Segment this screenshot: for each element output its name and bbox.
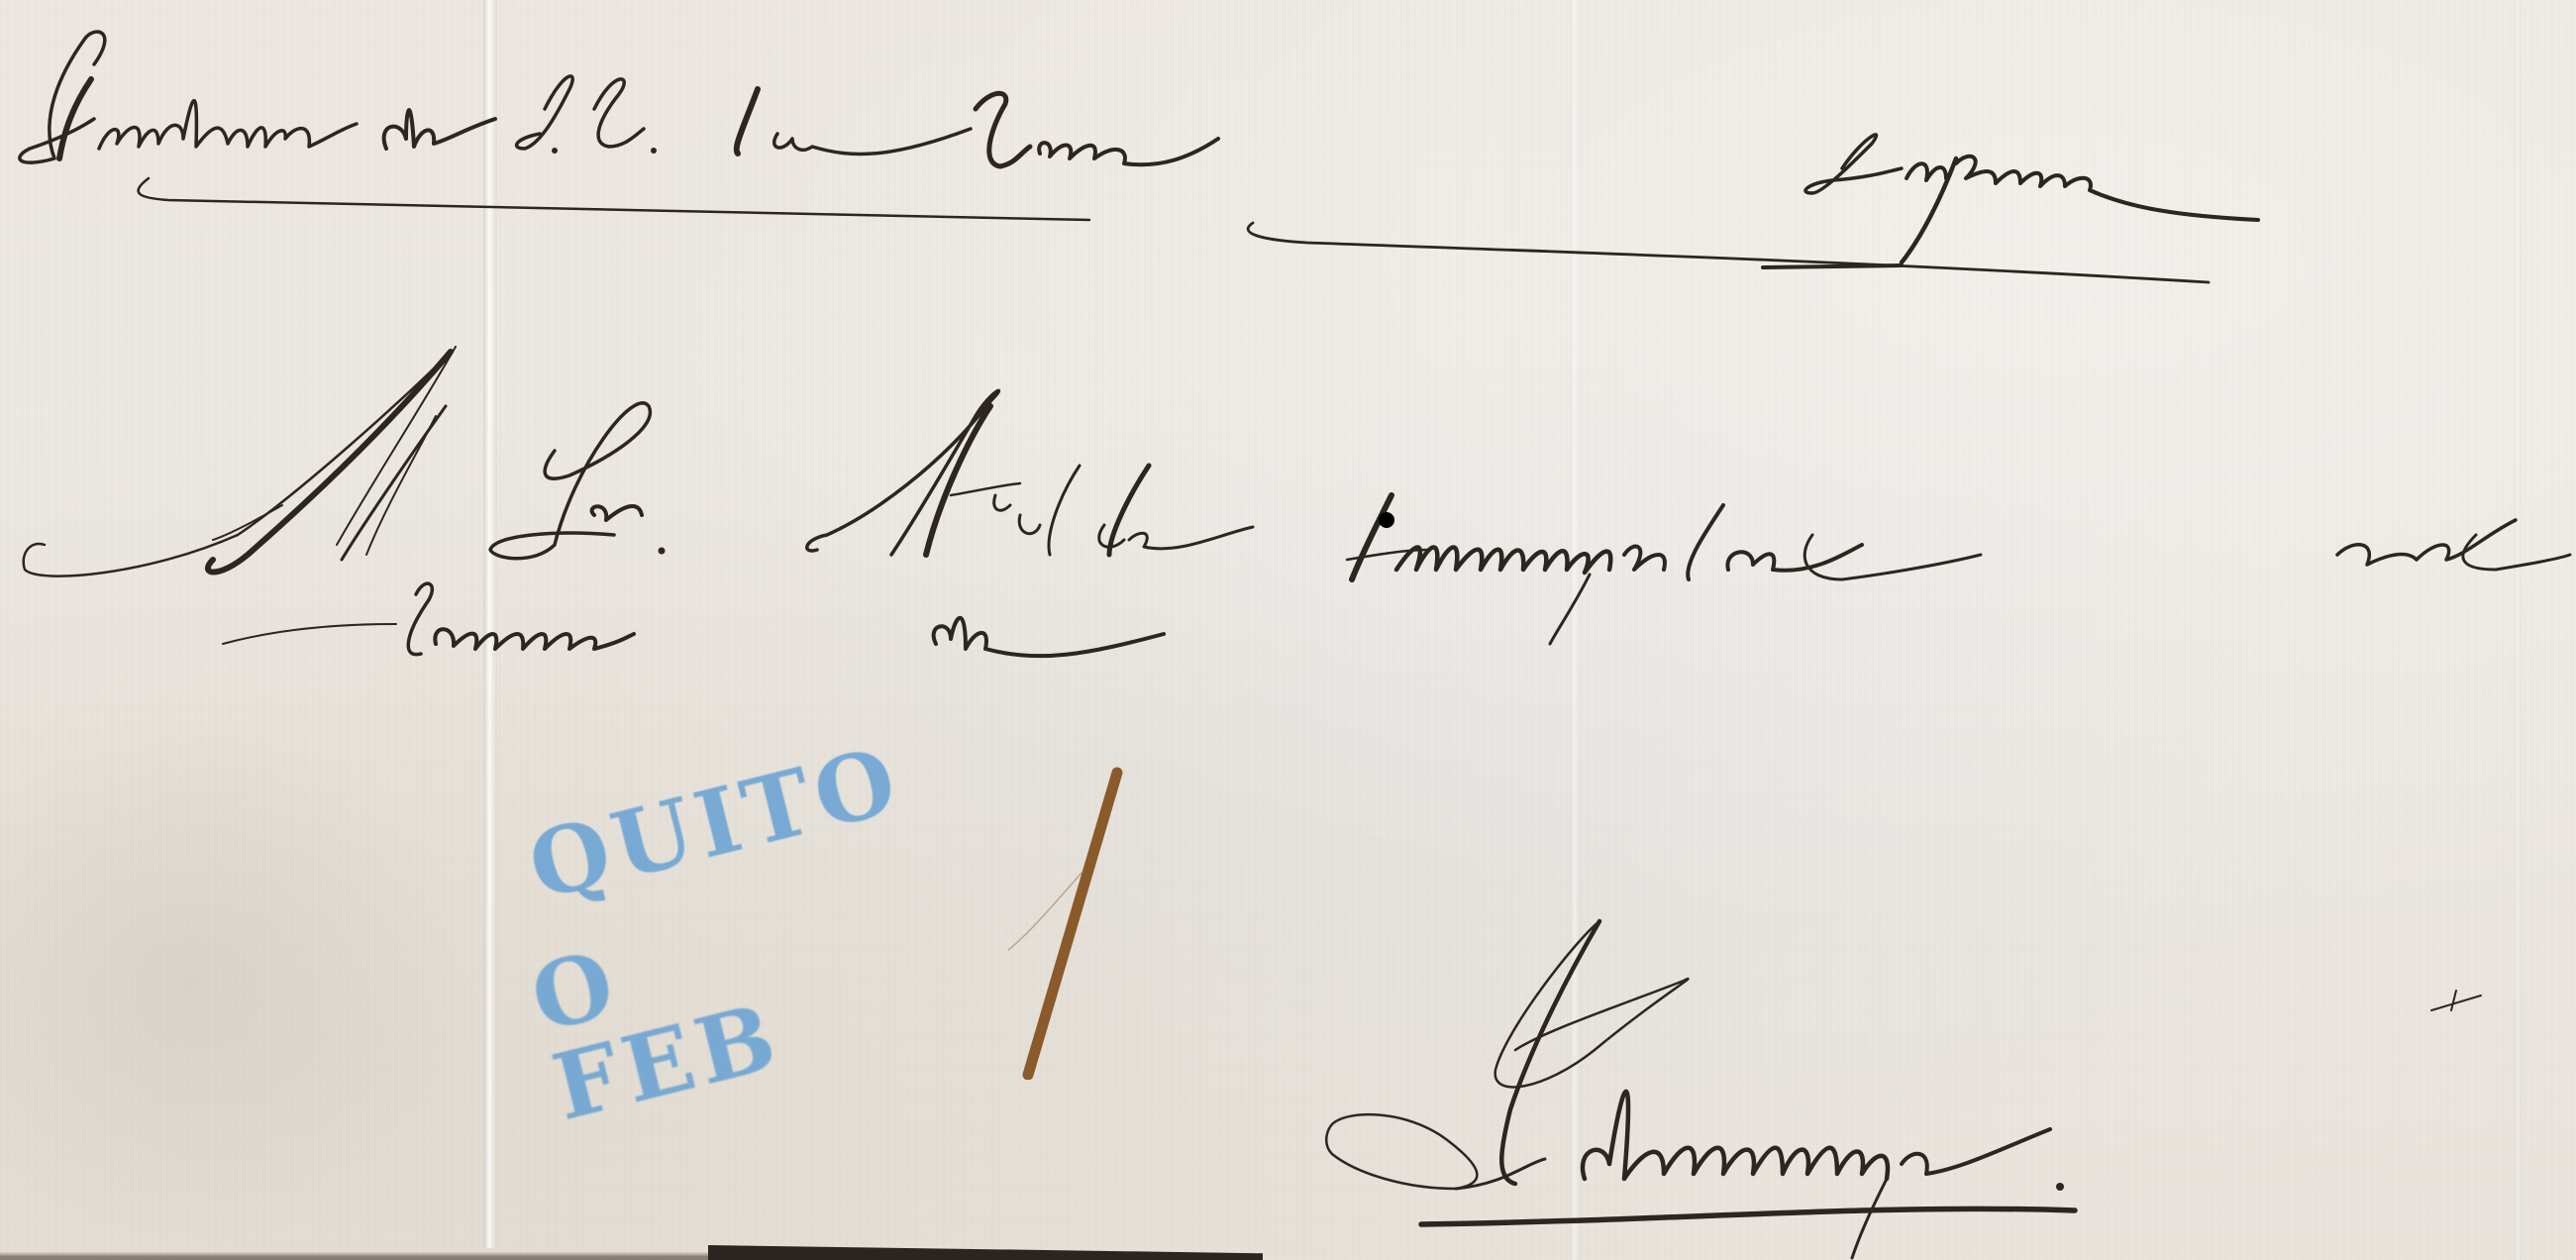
address-line-1: Al Sor. Alcalde 1º municipal del — [30, 436, 2091, 586]
paper-bottom-edge — [0, 1252, 713, 1260]
rate-mark: 1 — [1010, 792, 1136, 1023]
sender-line: Secretaria de S.E. la Corte Superior — [30, 79, 2209, 217]
destination-city: Latacunga. — [1327, 951, 2448, 1182]
address-line-2: Canton de — [416, 584, 828, 677]
letter-sheet: QUITO O FEB Secretaria de S.E. la Corte … — [0, 0, 2576, 1260]
